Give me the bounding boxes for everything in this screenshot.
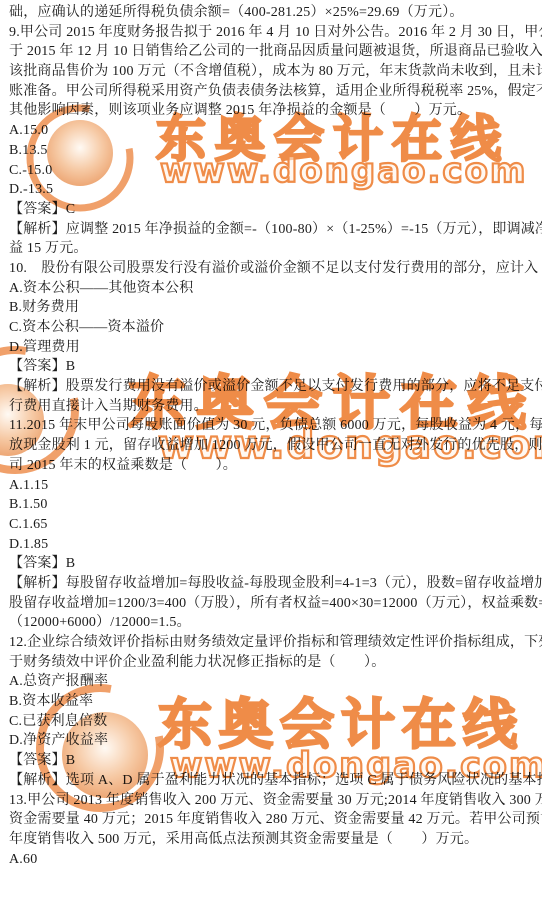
text-line: D.净资产收益率 bbox=[9, 731, 537, 751]
text-line: 11.2015 年末甲公司每股账面价值为 30 元，负债总额 6000 万元，每… bbox=[9, 416, 537, 436]
text-line: D.-13.5 bbox=[9, 180, 537, 200]
text-line: D.管理费用 bbox=[9, 338, 537, 358]
text-line: 10. 股份有限公司股票发行没有溢价或溢价金额不足以支付发行费用的部分，应计入（… bbox=[9, 259, 537, 279]
text-line: C.已获利息倍数 bbox=[9, 712, 537, 732]
document-text: 础，应确认的递延所得税负债余额=（400-281.25）×25%=29.69（万… bbox=[0, 3, 542, 869]
text-line: A.1.15 bbox=[9, 476, 537, 496]
text-line: A.总资产报酬率 bbox=[9, 672, 537, 692]
text-line: 【解析】股票发行费用没有溢价或溢价金额不足以支付发行费用的部分，应将不足支付的发 bbox=[9, 377, 537, 397]
text-line: 础，应确认的递延所得税负债余额=（400-281.25）×25%=29.69（万… bbox=[9, 3, 537, 23]
text-line: 益 15 万元。 bbox=[9, 239, 537, 259]
text-line: C.1.65 bbox=[9, 515, 537, 535]
text-line: 股留存收益增加=1200/3=400（万股），所有者权益=400×30=1200… bbox=[9, 594, 537, 614]
text-line: 该批商品售价为 100 万元（不含增值税），成本为 80 万元，年末货款尚未收到… bbox=[9, 62, 537, 82]
exam-document-page: 础，应确认的递延所得税负债余额=（400-281.25）×25%=29.69（万… bbox=[0, 0, 542, 900]
text-line: 账准备。甲公司所得税采用资产负债表债务法核算，适用企业所得税税率 25%，假定不… bbox=[9, 82, 537, 102]
text-line: B.13.5 bbox=[9, 141, 537, 161]
text-line: C.-15.0 bbox=[9, 161, 537, 181]
text-line: 【答案】B bbox=[9, 751, 537, 771]
text-line: 【解析】应调整 2015 年净损益的金额=-（100-80）×（1-25%）=-… bbox=[9, 220, 537, 240]
text-line: 【答案】B bbox=[9, 357, 537, 377]
text-line: C.资本公积——资本溢价 bbox=[9, 318, 537, 338]
text-line: 于 2015 年 12 月 10 日销售给乙公司的一批商品因质量问题被退货，所退… bbox=[9, 42, 537, 62]
text-line: B.资本收益率 bbox=[9, 692, 537, 712]
text-line: D.1.85 bbox=[9, 535, 537, 555]
text-line: A.资本公积——其他资本公积 bbox=[9, 279, 537, 299]
text-line: A.15.0 bbox=[9, 121, 537, 141]
text-line: 司 2015 年末的权益乘数是（ ）。 bbox=[9, 456, 537, 476]
text-line: 【答案】B bbox=[9, 554, 537, 574]
text-line: 年度销售收入 500 万元，采用高低点法预测其资金需要量是（ ）万元。 bbox=[9, 830, 537, 850]
text-line: 于财务绩效中评价企业盈利能力状况修正指标的是（ ）。 bbox=[9, 653, 537, 673]
text-line: 资金需要量 40 万元；2015 年度销售收入 280 万元、资金需要量 42 … bbox=[9, 810, 537, 830]
text-line: 行费用直接计入当期财务费用。 bbox=[9, 397, 537, 417]
text-line: B.1.50 bbox=[9, 495, 537, 515]
text-line: 【答案】C bbox=[9, 200, 537, 220]
text-line: 其他影响因素，则该项业务应调整 2015 年净损益的金额是（ ）万元。 bbox=[9, 101, 537, 121]
text-line: 【解析】每股留存收益增加=每股收益-每股现金股利=4-1=3（元），股数=留存收… bbox=[9, 574, 537, 594]
text-line: （12000+6000）/12000=1.5。 bbox=[9, 613, 537, 633]
text-line: 9.甲公司 2015 年度财务报告拟于 2016 年 4 月 10 日对外公告。… bbox=[9, 23, 537, 43]
text-line: 12.企业综合绩效评价指标由财务绩效定量评价指标和管理绩效定性评价指标组成，下列… bbox=[9, 633, 537, 653]
text-line: B.财务费用 bbox=[9, 298, 537, 318]
text-line: 放现金股利 1 元，留存收益增加 1200 万元，假设甲公司一直无对外发行的优先… bbox=[9, 436, 537, 456]
text-line: 【解析】选项 A、D 属于盈利能力状况的基本指标；选项 C 属于债务风险状况的基… bbox=[9, 771, 537, 791]
text-line: A.60 bbox=[9, 850, 537, 870]
text-line: 13.甲公司 2013 年度销售收入 200 万元、资金需要量 30 万元;20… bbox=[9, 791, 537, 811]
